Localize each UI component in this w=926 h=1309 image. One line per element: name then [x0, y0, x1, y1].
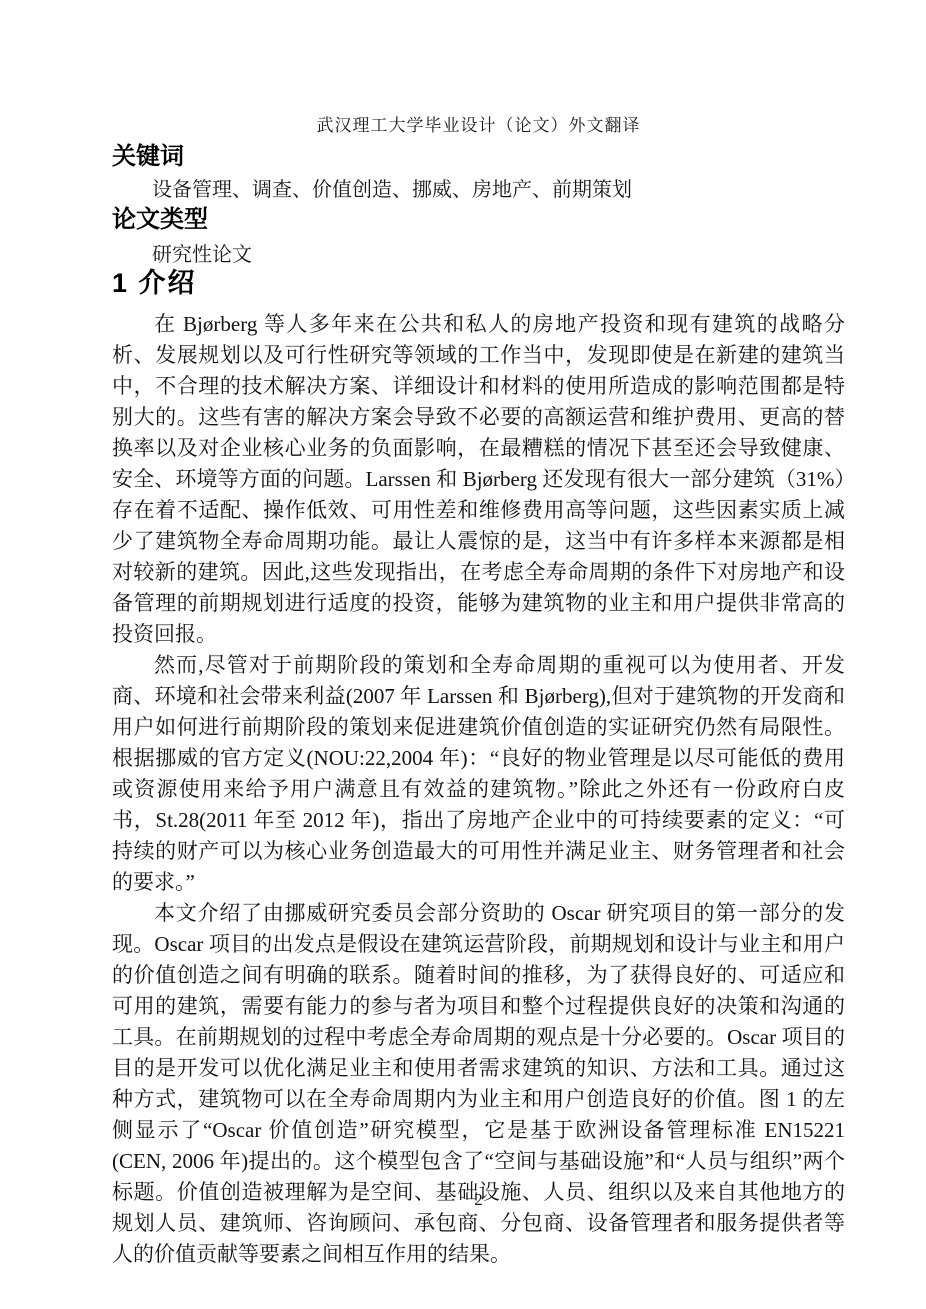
intro-paragraph-3: 本文介绍了由挪威研究委员会部分资助的 Oscar 研究项目的第一部分的发现。Os… — [112, 898, 845, 1270]
paper-type-text: 研究性论文 — [112, 244, 845, 267]
document-page: 武汉理工大学毕业设计（论文）外文翻译 关键词 设备管理、调查、价值创造、挪威、房… — [0, 0, 926, 1309]
document-content: 武汉理工大学毕业设计（论文）外文翻译 关键词 设备管理、调查、价值创造、挪威、房… — [112, 0, 845, 1270]
keywords-heading: 关键词 — [112, 144, 845, 169]
intro-paragraph-2: 然而,尽管对于前期阶段的策划和全寿命周期的重视可以为使用者、开发商、环境和社会带… — [112, 650, 845, 898]
paper-type-heading: 论文类型 — [112, 207, 845, 232]
page-number: 2 — [112, 1190, 845, 1209]
keywords-text: 设备管理、调查、价值创造、挪威、房地产、前期策划 — [112, 179, 845, 202]
introduction-heading: 1 介绍 — [112, 269, 845, 297]
intro-paragraph-1: 在 Bjørberg 等人多年来在公共和私人的房地产投资和现有建筑的战略分析、发… — [112, 309, 845, 650]
running-header: 武汉理工大学毕业设计（论文）外文翻译 — [112, 117, 845, 135]
introduction-body: 在 Bjørberg 等人多年来在公共和私人的房地产投资和现有建筑的战略分析、发… — [112, 309, 845, 1270]
